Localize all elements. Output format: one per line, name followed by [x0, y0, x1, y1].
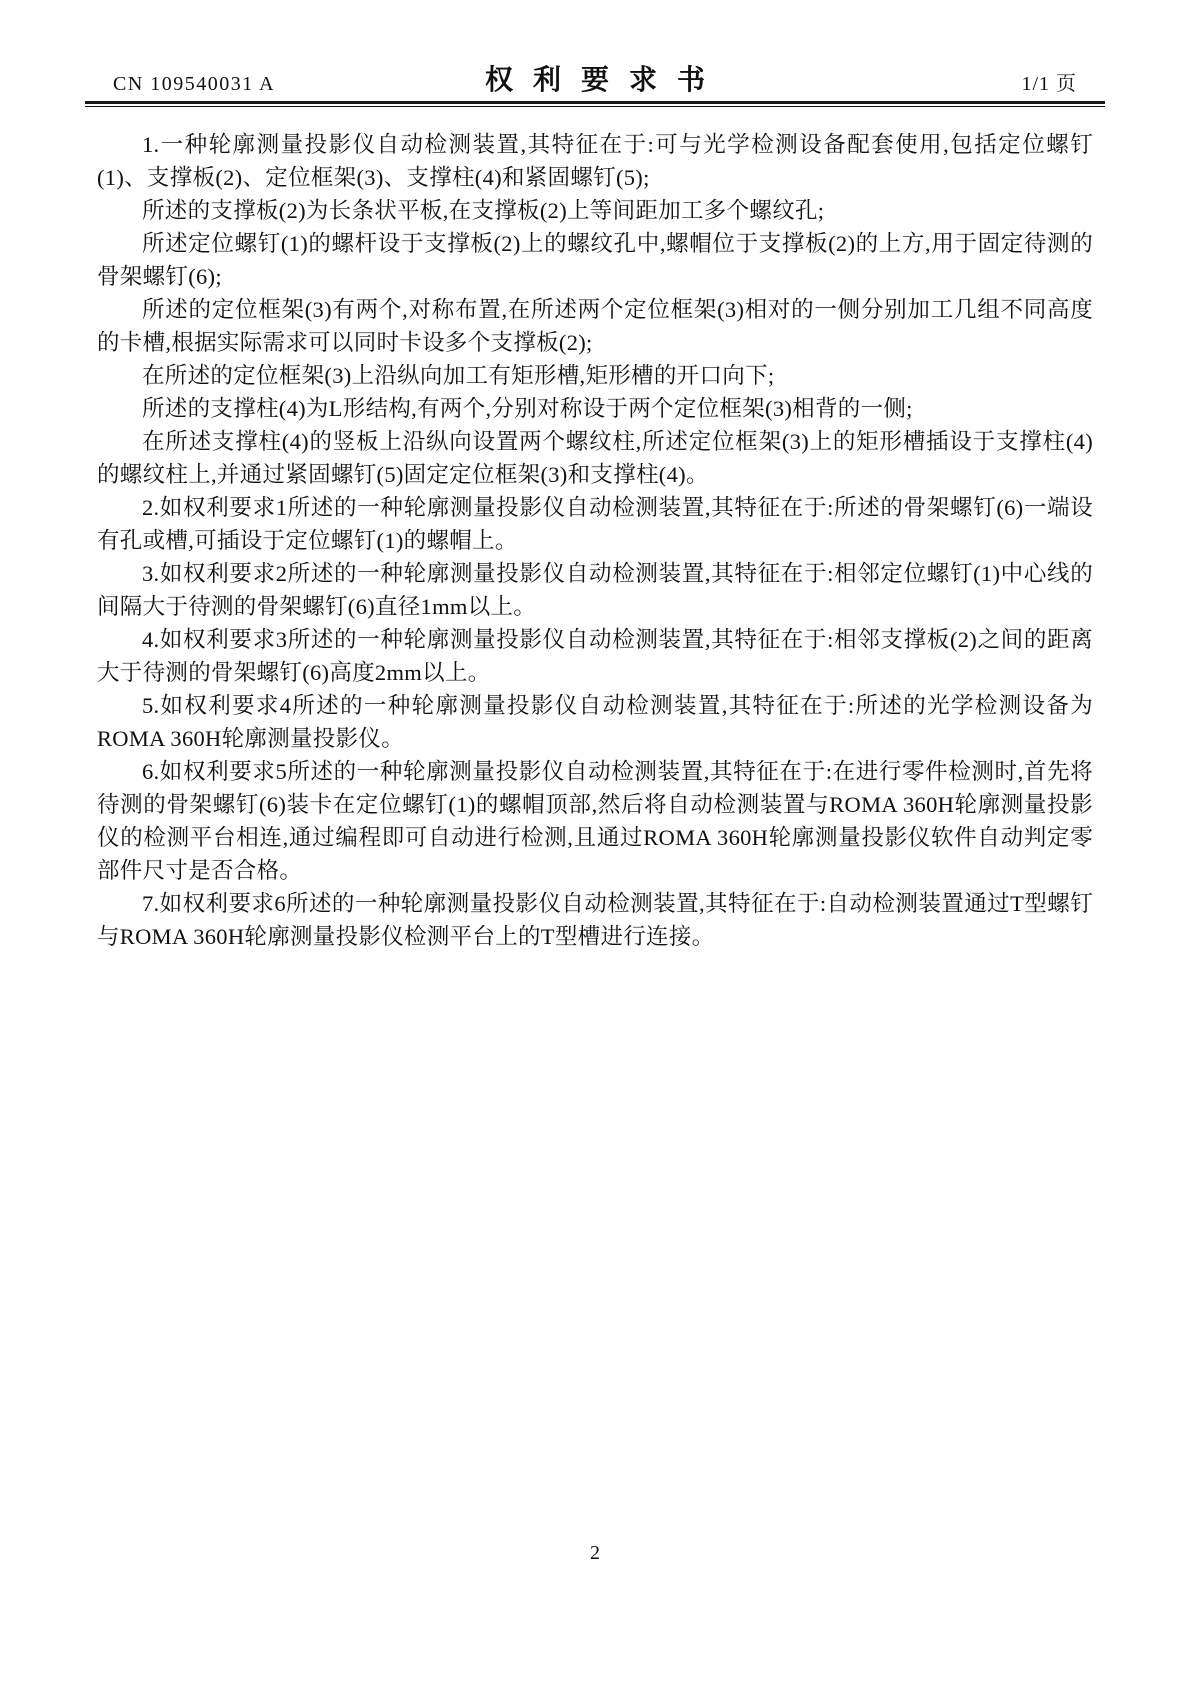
claims-body: 1.一种轮廓测量投影仪自动检测装置,其特征在于:可与光学检测设备配套使用,包括定… [97, 128, 1093, 953]
claim-paragraph: 2.如权利要求1所述的一种轮廓测量投影仪自动检测装置,其特征在于:所述的骨架螺钉… [97, 491, 1093, 557]
claim-paragraph: 在所述支撑柱(4)的竖板上沿纵向设置两个螺纹柱,所述定位框架(3)上的矩形槽插设… [97, 425, 1093, 491]
header-divider [85, 101, 1105, 107]
page-header: CN 109540031 A 权利要求书 1/1 页 [97, 62, 1093, 98]
claim-paragraph: 1.一种轮廓测量投影仪自动检测装置,其特征在于:可与光学检测设备配套使用,包括定… [97, 128, 1093, 194]
claim-paragraph: 5.如权利要求4所述的一种轮廓测量投影仪自动检测装置,其特征在于:所述的光学检测… [97, 689, 1093, 755]
claim-paragraph: 所述的定位框架(3)有两个,对称布置,在所述两个定位框架(3)相对的一侧分别加工… [97, 293, 1093, 359]
divider-thin-line [85, 106, 1105, 107]
patent-claims-page: CN 109540031 A 权利要求书 1/1 页 1.一种轮廓测量投影仪自动… [0, 0, 1190, 1684]
claim-paragraph: 6.如权利要求5所述的一种轮廓测量投影仪自动检测装置,其特征在于:在进行零件检测… [97, 755, 1093, 887]
footer-page-number: 2 [0, 1542, 1190, 1565]
claim-paragraph: 7.如权利要求6所述的一种轮廓测量投影仪自动检测装置,其特征在于:自动检测装置通… [97, 887, 1093, 953]
claim-paragraph: 所述定位螺钉(1)的螺杆设于支撑板(2)上的螺纹孔中,螺帽位于支撑板(2)的上方… [97, 227, 1093, 293]
claim-paragraph: 在所述的定位框架(3)上沿纵向加工有矩形槽,矩形槽的开口向下; [97, 359, 1093, 392]
divider-thick-line [85, 101, 1105, 104]
document-title: 权利要求书 [97, 58, 1093, 98]
claim-paragraph: 3.如权利要求2所述的一种轮廓测量投影仪自动检测装置,其特征在于:相邻定位螺钉(… [97, 557, 1093, 623]
claim-paragraph: 4.如权利要求3所述的一种轮廓测量投影仪自动检测装置,其特征在于:相邻支撑板(2… [97, 623, 1093, 689]
claim-paragraph: 所述的支撑板(2)为长条状平板,在支撑板(2)上等间距加工多个螺纹孔; [97, 194, 1093, 227]
page-indicator: 1/1 页 [1021, 67, 1077, 96]
claim-paragraph: 所述的支撑柱(4)为L形结构,有两个,分别对称设于两个定位框架(3)相背的一侧; [97, 392, 1093, 425]
